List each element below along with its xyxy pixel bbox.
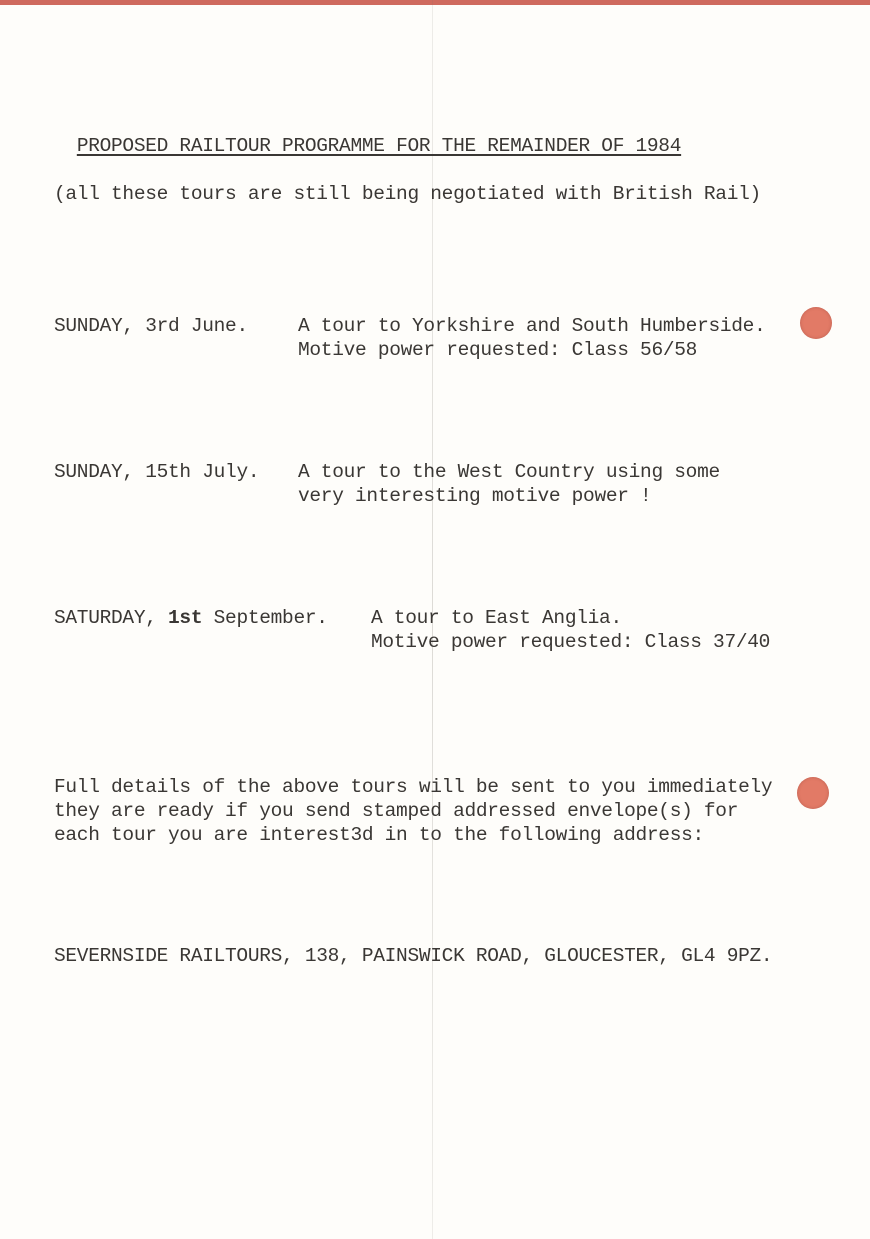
tour-date: SUNDAY, 3rd June.: [54, 314, 298, 362]
tour-destination: A tour to Yorkshire and South Humberside…: [298, 314, 772, 338]
tour-destination: A tour to East Anglia.: [371, 606, 772, 630]
tour-entry: SATURDAY, 1st September. A tour to East …: [54, 606, 772, 654]
tour-description: A tour to Yorkshire and South Humberside…: [298, 314, 772, 362]
tour-date-text: September.: [202, 607, 327, 629]
tour-motive-power: very interesting motive power !: [298, 484, 772, 508]
contact-address: SEVERNSIDE RAILTOURS, 138, PAINSWICK ROA…: [54, 944, 772, 968]
tour-date: SATURDAY, 1st September.: [54, 606, 371, 654]
notice-line: they are ready if you send stamped addre…: [54, 799, 772, 823]
tour-date-text: 3rd June.: [134, 315, 248, 337]
punch-hole-lower: [797, 777, 829, 809]
punch-hole-upper: [800, 307, 832, 339]
tour-motive-power: Motive power requested: Class 56/58: [298, 338, 772, 362]
tour-description: A tour to the West Country using somever…: [298, 460, 772, 508]
tour-date-text: 15th July.: [134, 461, 259, 483]
document-title: PROPOSED RAILTOUR PROGRAMME FOR THE REMA…: [77, 134, 681, 158]
tour-date: SUNDAY, 15th July.: [54, 460, 298, 508]
typed-document: PROPOSED RAILTOUR PROGRAMME FOR THE REMA…: [54, 110, 772, 992]
tour-day: SUNDAY,: [54, 461, 134, 483]
tour-motive-power: Motive power requested: Class 37/40: [371, 630, 772, 654]
tour-destination: A tour to the West Country using some: [298, 460, 772, 484]
notice-line: Full details of the above tours will be …: [54, 775, 772, 799]
document-subtitle: (all these tours are still being negotia…: [54, 182, 772, 206]
top-edge-strip: [0, 0, 870, 5]
tour-description: A tour to East Anglia.Motive power reque…: [371, 606, 772, 654]
tour-day: SUNDAY,: [54, 315, 134, 337]
tour-day: SATURDAY,: [54, 607, 157, 629]
tour-entry: SUNDAY, 15th July. A tour to the West Co…: [54, 460, 772, 508]
tour-entry: SUNDAY, 3rd June. A tour to Yorkshire an…: [54, 314, 772, 362]
notice-paragraph: Full details of the above tours will be …: [54, 775, 772, 847]
tour-date-ordinal: 1st: [157, 607, 203, 629]
notice-line: each tour you are interest3d in to the f…: [54, 823, 772, 847]
